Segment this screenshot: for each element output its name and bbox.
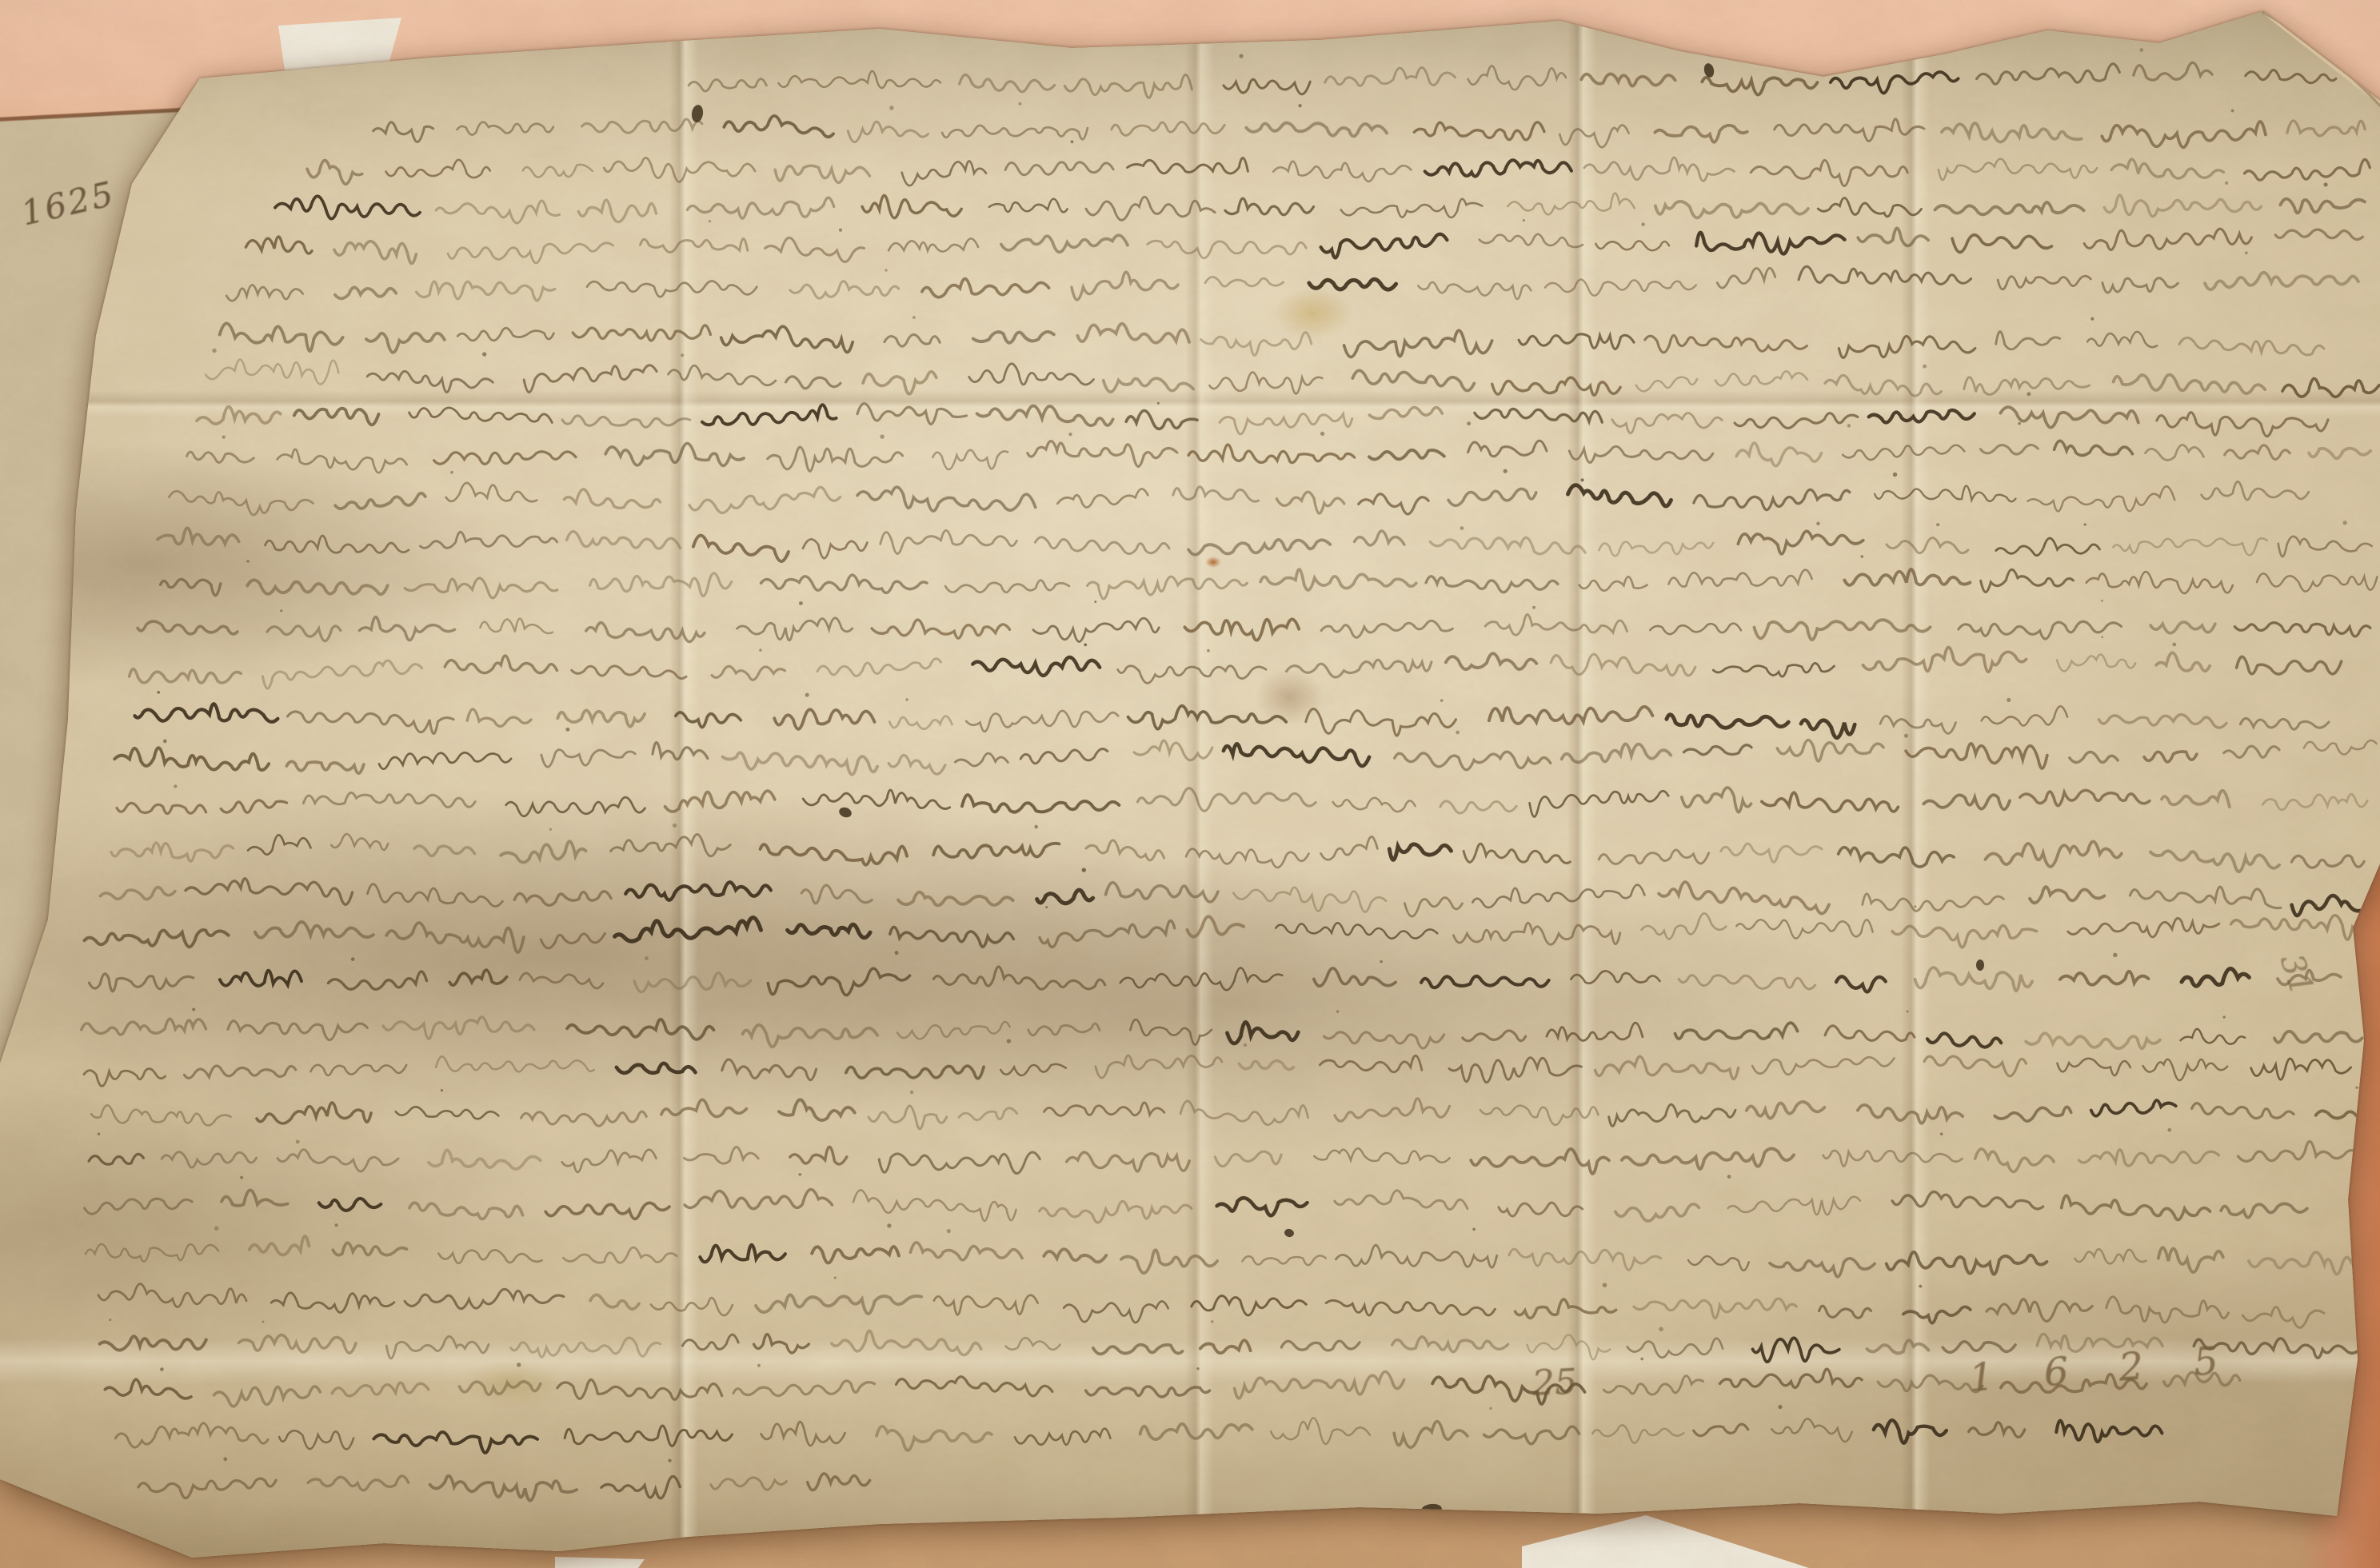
photo-of-parchment-document: 1625 25 1 6 2 5 31 — [0, 0, 2380, 1568]
photo-vignette — [0, 0, 2380, 1568]
